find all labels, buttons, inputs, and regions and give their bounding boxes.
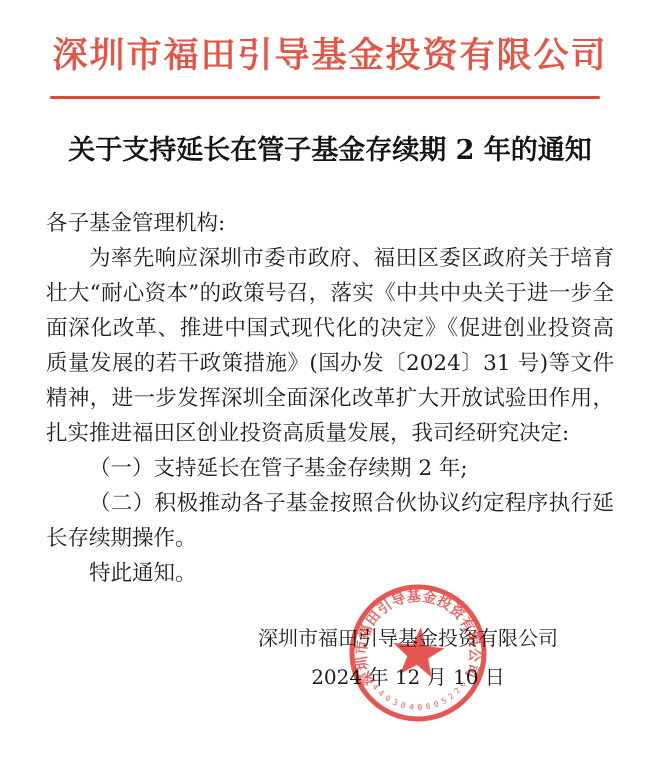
- signature-block: 深圳市福田引导基金投资有限公司 2024 年 12 月 10 日: [250, 626, 566, 689]
- salutation-line: 各子基金管理机构:: [46, 206, 614, 241]
- notice-document-page: 深圳市福田引导基金投资有限公司 关于支持延长在管子基金存续期 2 年的通知 各子…: [0, 0, 660, 773]
- decision-item-2: （二）积极推动各子基金按照合伙协议约定程序执行延长存续期操作。: [46, 486, 614, 556]
- decision-item-1: （一）支持延长在管子基金存续期 2 年;: [46, 451, 614, 486]
- signature-date: 2024 年 12 月 10 日: [250, 665, 566, 689]
- closing-line: 特此通知。: [46, 556, 614, 591]
- notice-title: 关于支持延长在管子基金存续期 2 年的通知: [0, 128, 660, 167]
- intro-paragraph: 为率先响应深圳市委市政府、福田区委区政府关于培育壮大“耐心资本”的政策号召，落实…: [46, 241, 614, 451]
- letterhead-company-name: 深圳市福田引导基金投资有限公司: [0, 28, 660, 78]
- notice-body: 各子基金管理机构: 为率先响应深圳市委市政府、福田区委区政府关于培育壮大“耐心资…: [46, 206, 614, 591]
- signature-company-name: 深圳市福田引导基金投资有限公司: [250, 626, 566, 650]
- letterhead-divider-rule: [50, 96, 600, 99]
